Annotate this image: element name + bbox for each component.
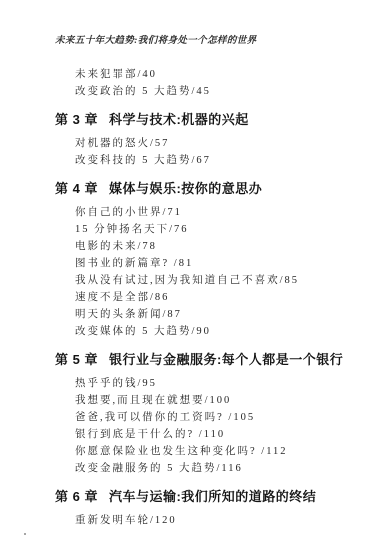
chapter-number: 第 4 章: [55, 181, 98, 196]
toc-entry: 银行到底是干什么的? /110: [75, 426, 390, 443]
toc-entry: 你自己的小世界/71: [75, 204, 390, 221]
chapter-heading-6: 第 6 章汽车与运输:我们所知的道路的终结: [55, 489, 390, 504]
toc-section-chapter-4: 你自己的小世界/71 15 分钟扬名天下/76 电影的未来/78 图书业的新篇章…: [0, 204, 390, 340]
scan-speck: [24, 533, 26, 535]
toc-entry: 改变媒体的 5 大趋势/90: [75, 323, 390, 340]
toc-entry: 改变政治的 5 大趋势/45: [75, 83, 390, 100]
toc-entry: 重新发明车轮/120: [75, 512, 390, 529]
chapter-title: 媒体与娱乐:按你的意思办: [109, 181, 262, 196]
toc-entry: 对机器的怒火/57: [75, 135, 390, 152]
chapter-title: 科学与技术:机器的兴起: [109, 112, 249, 127]
chapter-number: 第 3 章: [55, 112, 98, 127]
toc-section-chapter-5: 热乎乎的钱/95 我想要,而且现在就想要/100 爸爸,我可以借你的工资吗? /…: [0, 375, 390, 477]
toc-entry: 热乎乎的钱/95: [75, 375, 390, 392]
toc-entry: 速度不是全部/86: [75, 289, 390, 306]
toc-section-chapter-3: 对机器的怒火/57 改变科技的 5 大趋势/67: [0, 135, 390, 169]
toc-entry: 我从没有试过,因为我知道自己不喜欢/85: [75, 272, 390, 289]
chapter-title: 银行业与金融服务:每个人都是一个银行: [109, 352, 343, 367]
toc-entry: 爸爸,我可以借你的工资吗? /105: [75, 409, 390, 426]
chapter-heading-5: 第 5 章银行业与金融服务:每个人都是一个银行: [55, 352, 390, 367]
toc-entry: 改变科技的 5 大趋势/67: [75, 152, 390, 169]
toc-entry: 未来犯罪部/40: [75, 66, 390, 83]
toc-entry: 图书业的新篇章? /81: [75, 255, 390, 272]
chapter-heading-4: 第 4 章媒体与娱乐:按你的意思办: [55, 181, 390, 196]
chapter-number: 第 5 章: [55, 352, 98, 367]
toc-entry: 明天的头条新闻/87: [75, 306, 390, 323]
toc-entry: 你愿意保险业也发生这种变化吗? /112: [75, 443, 390, 460]
toc-entry: 电影的未来/78: [75, 238, 390, 255]
toc-section-intro: 未来犯罪部/40 改变政治的 5 大趋势/45: [0, 66, 390, 100]
toc-entry: 改变金融服务的 5 大趋势/116: [75, 460, 390, 477]
chapter-title: 汽车与运输:我们所知的道路的终结: [109, 489, 316, 504]
toc-section-chapter-6: 重新发明车轮/120: [0, 512, 390, 529]
running-header: 未来五十年大趋势:我们将身处一个怎样的世界: [55, 32, 257, 46]
toc-entry: 15 分钟扬名天下/76: [75, 221, 390, 238]
table-of-contents: 未来犯罪部/40 改变政治的 5 大趋势/45 第 3 章科学与技术:机器的兴起…: [0, 66, 390, 529]
chapter-number: 第 6 章: [55, 489, 98, 504]
toc-entry: 我想要,而且现在就想要/100: [75, 392, 390, 409]
scanned-book-page: 未来五十年大趋势:我们将身处一个怎样的世界 未来犯罪部/40 改变政治的 5 大…: [0, 0, 390, 546]
chapter-heading-3: 第 3 章科学与技术:机器的兴起: [55, 112, 390, 127]
